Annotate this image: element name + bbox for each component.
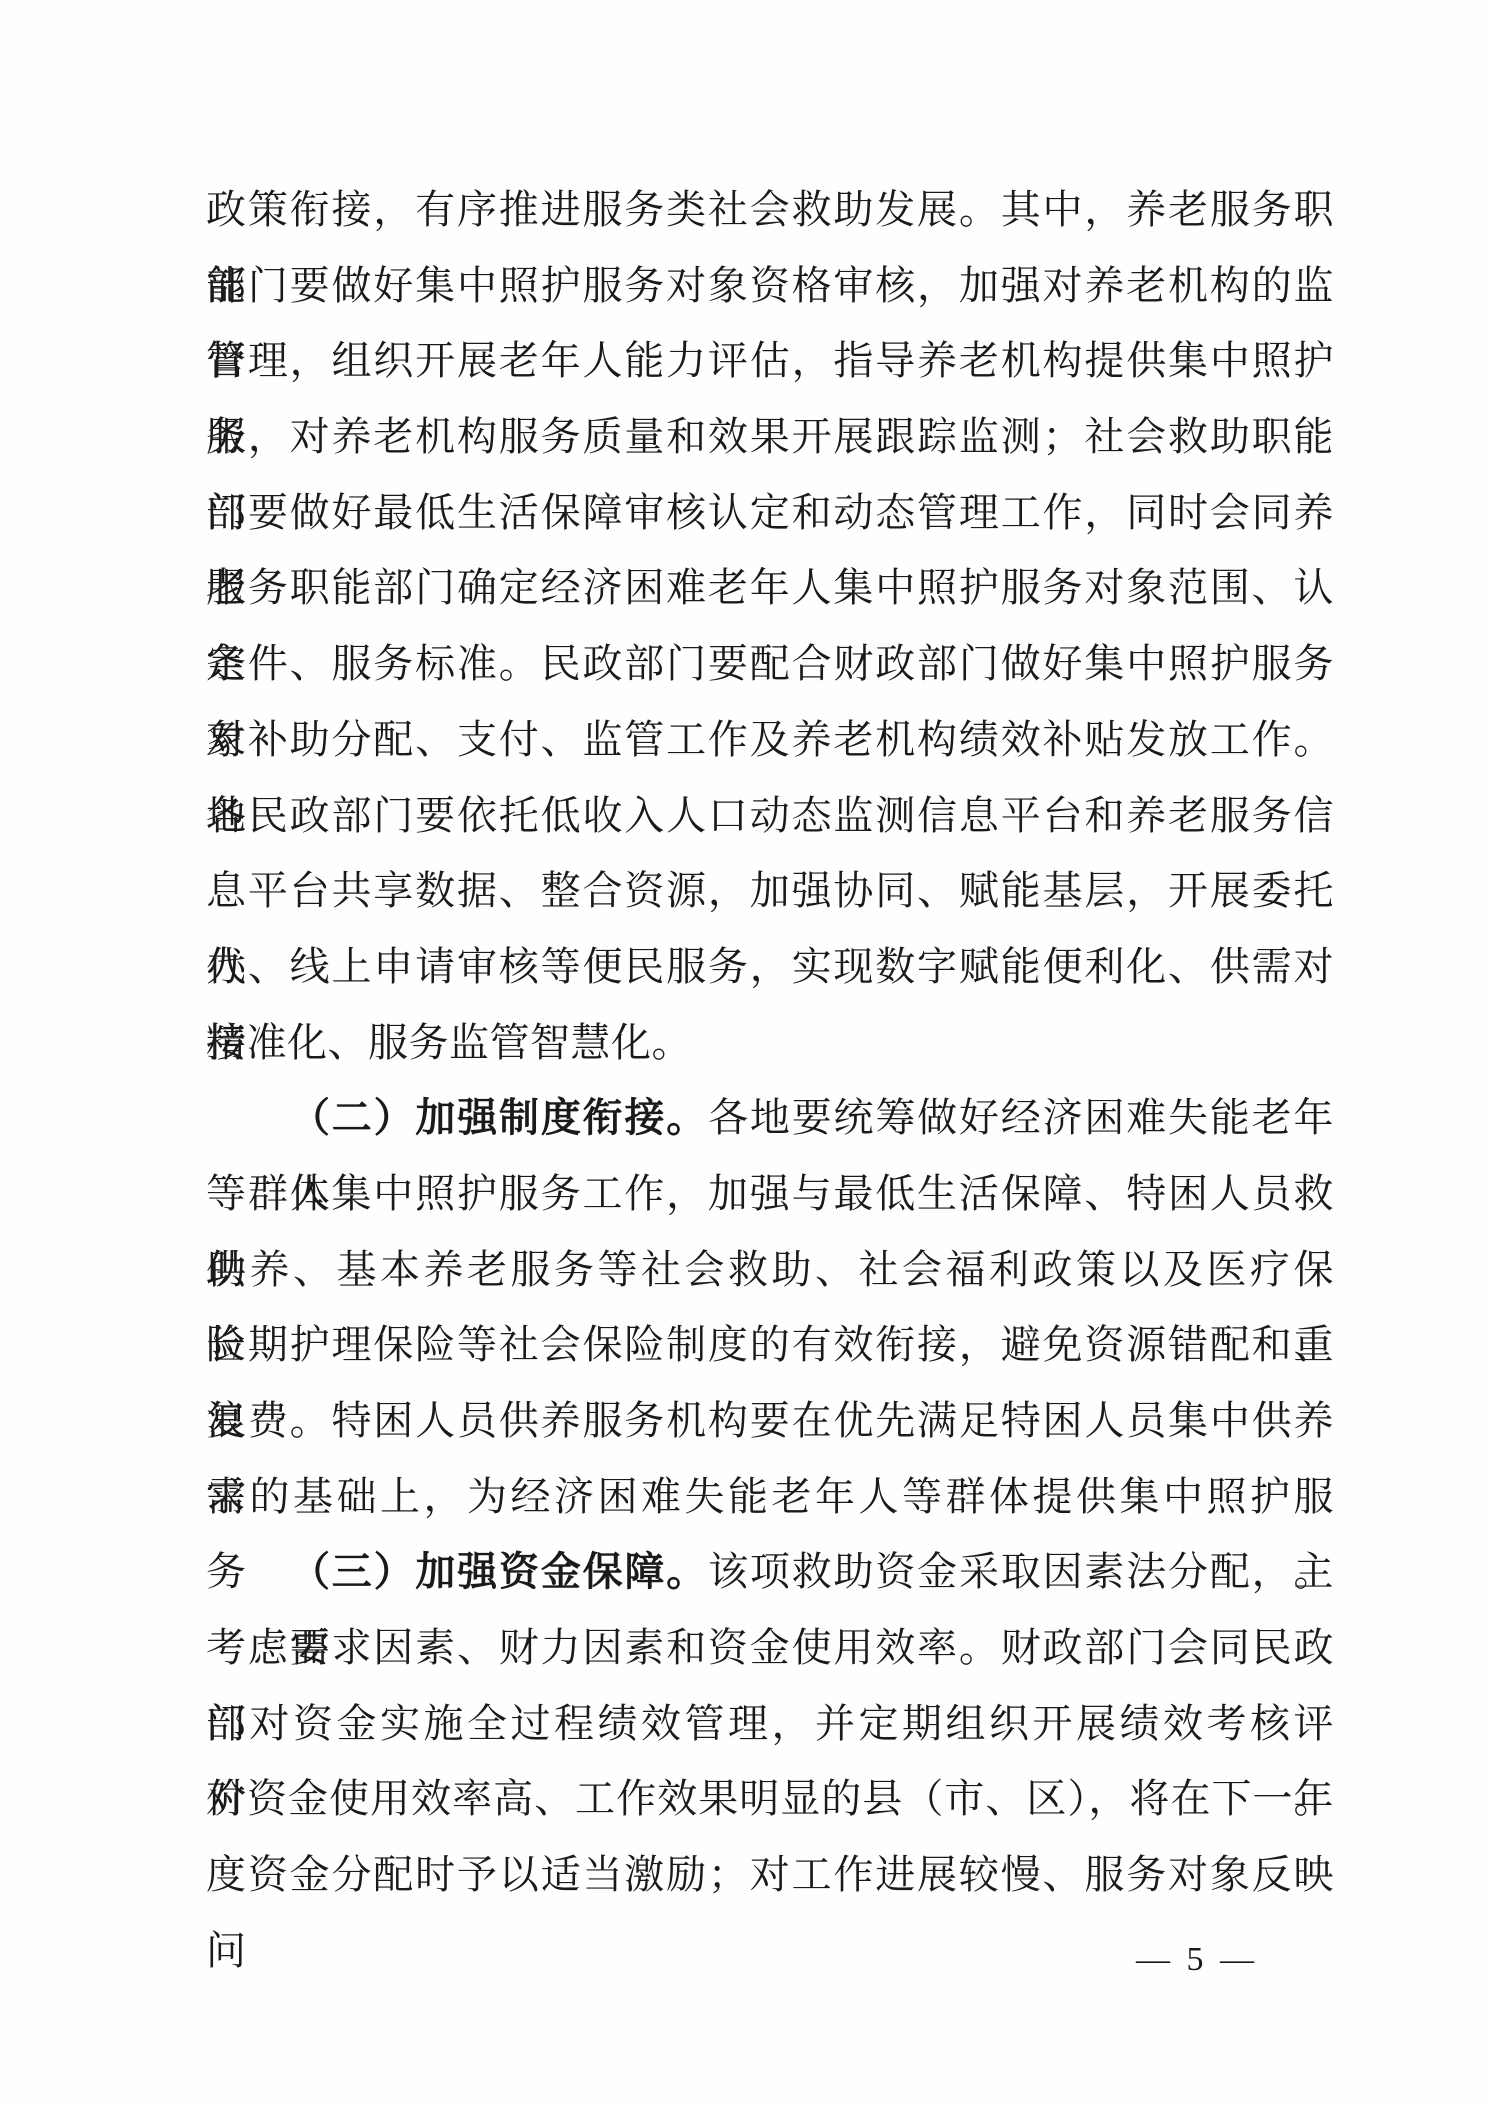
text-line: 求的基础上，为经济困难失能老年人等群体提供集中照护服务。 <box>206 1459 1334 1535</box>
text-line: 考虑需求因素、财力因素和资金使用效率。财政部门会同民政部 <box>206 1610 1334 1686</box>
text-line: 办、线上申请审核等便民服务，实现数字赋能便利化、供需对接 <box>206 929 1334 1005</box>
text-line: 务，对养老机构服务质量和效果开展跟踪监测；社会救助职能部 <box>206 399 1334 475</box>
text-line: （二）加强制度衔接。各地要统筹做好经济困难失能老年人 <box>206 1080 1334 1156</box>
body-text: 对资金使用效率高、工作效果明显的县（市、区），将在下一年 <box>206 1776 1334 1821</box>
text-line: 条件、服务标准。民政部门要配合财政部门做好集中照护服务对 <box>206 626 1334 702</box>
text-line: 管理，组织开展老年人能力评估，指导养老机构提供集中照护服 <box>206 323 1334 399</box>
body-text: 地民政部门要依托低收入人口动态监测信息平台和养老服务信 <box>206 793 1334 838</box>
text-line: 浪费。特困人员供养服务机构要在优先满足特困人员集中供养需 <box>206 1383 1334 1459</box>
page-number: — 5 — <box>1136 1940 1258 1980</box>
text-line: 长期护理保险等社会保险制度的有效衔接，避免资源错配和重复 <box>206 1307 1334 1383</box>
text-line: 部门要做好集中照护服务对象资格审核，加强对养老机构的监督 <box>206 248 1334 324</box>
text-line: 地民政部门要依托低收入人口动态监测信息平台和养老服务信 <box>206 778 1334 854</box>
document-body: 政策衔接，有序推进服务类社会救助发展。其中，养老服务职能部门要做好集中照护服务对… <box>206 172 1334 1913</box>
text-line: 政策衔接，有序推进服务类社会救助发展。其中，养老服务职能 <box>206 172 1334 248</box>
text-line: 供养、基本养老服务等社会救助、社会福利政策以及医疗保险、 <box>206 1232 1334 1308</box>
text-line: （三）加强资金保障。该项救助资金采取因素法分配，主要 <box>206 1534 1334 1610</box>
section-heading: （二）加强制度衔接。 <box>290 1095 708 1140</box>
text-line: 门要做好最低生活保障审核认定和动态管理工作，同时会同养老 <box>206 475 1334 551</box>
text-line: 等群体集中照护服务工作，加强与最低生活保障、特困人员救助 <box>206 1156 1334 1232</box>
section-heading: （三）加强资金保障。 <box>290 1549 708 1594</box>
text-line: 象补助分配、支付、监管工作及养老机构绩效补贴发放工作。各 <box>206 702 1334 778</box>
body-text: 精准化、服务监管智慧化。 <box>206 1020 692 1065</box>
text-line: 服务职能部门确定经济困难老年人集中照护服务对象范围、认定 <box>206 550 1334 626</box>
text-line: 对资金使用效率高、工作效果明显的县（市、区），将在下一年 <box>206 1761 1334 1837</box>
text-line: 精准化、服务监管智慧化。 <box>206 1005 1334 1081</box>
text-line: 门对资金实施全过程绩效管理，并定期组织开展绩效考核评价。 <box>206 1686 1334 1762</box>
text-line: 度资金分配时予以适当激励；对工作进展较慢、服务对象反映问 <box>206 1837 1334 1913</box>
document-page: 政策衔接，有序推进服务类社会救助发展。其中，养老服务职能部门要做好集中照护服务对… <box>0 0 1487 2102</box>
text-line: 息平台共享数据、整合资源，加强协同、赋能基层，开展委托代 <box>206 853 1334 929</box>
